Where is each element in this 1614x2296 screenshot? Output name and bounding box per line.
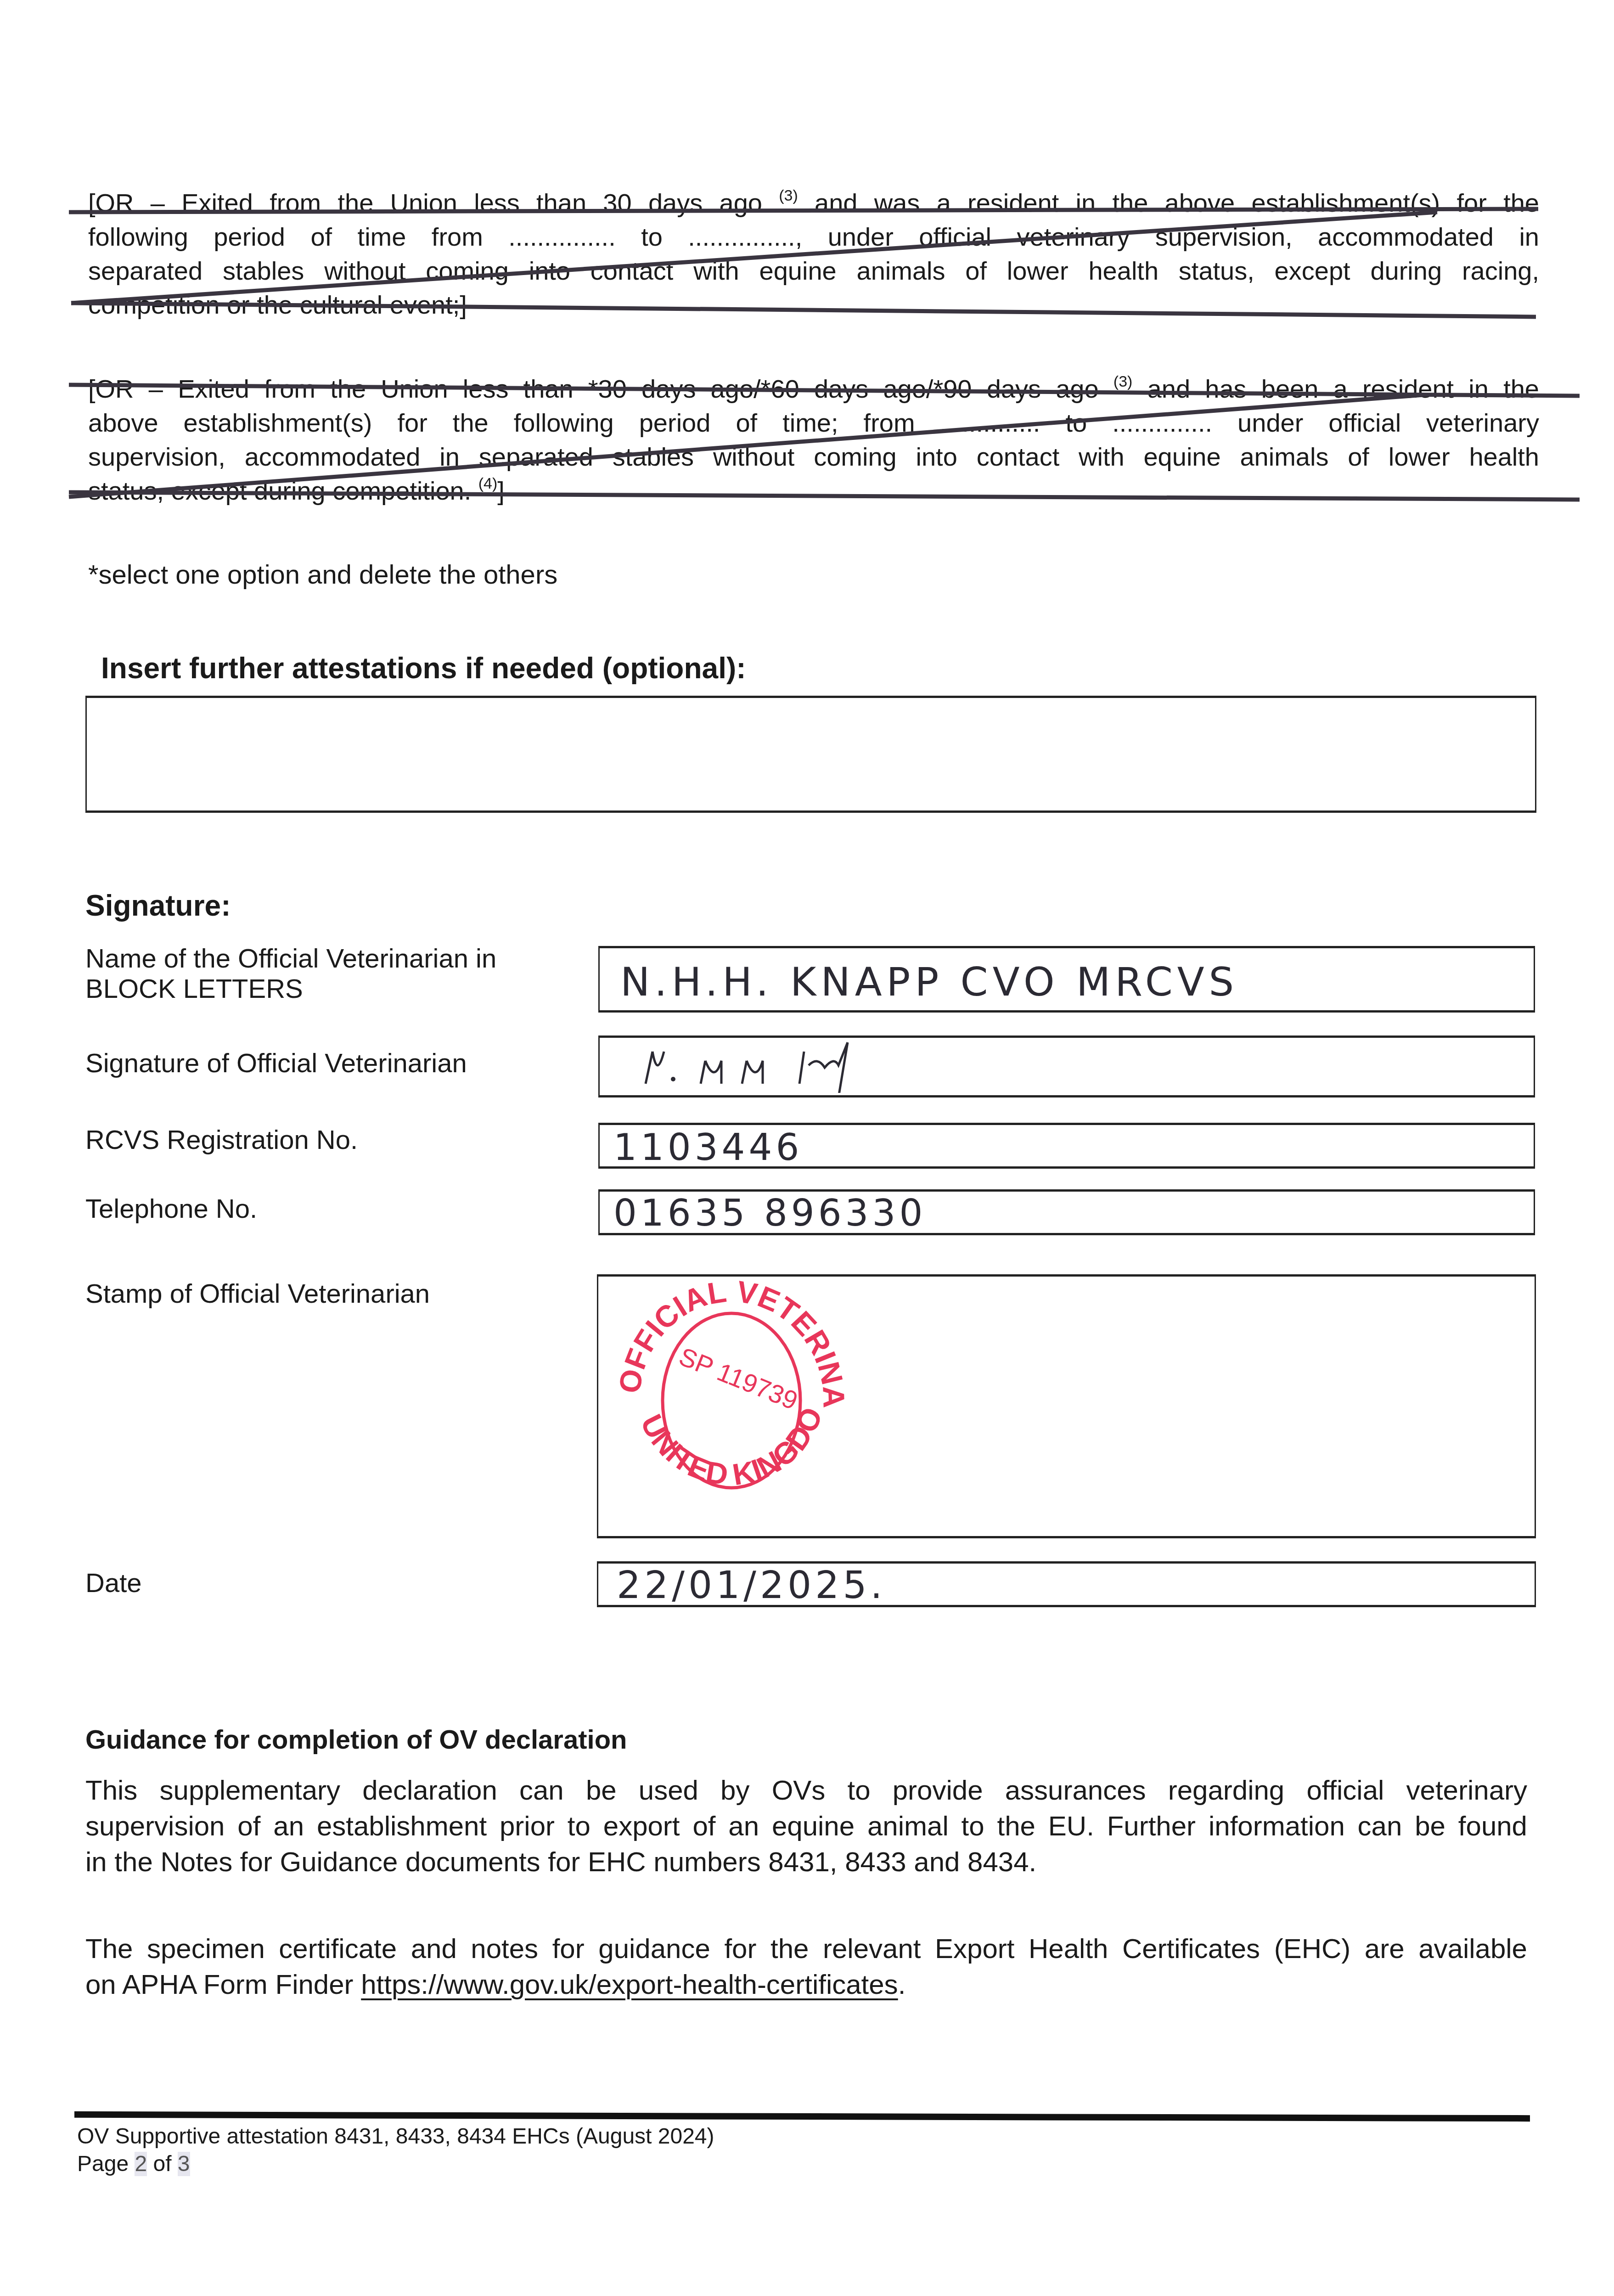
telephone-field[interactable]: 01635 896330 [598,1189,1535,1235]
option-b-struck-paragraph: [OR – Exited from the Union less than *3… [88,372,1539,508]
option-a-line-1: [OR – Exited from the Union less than 30… [88,186,1539,220]
handwritten-signature [636,1024,958,1093]
name-field[interactable]: N.H.H. KNAPP CVO MRCVS [598,946,1535,1013]
option-a-line-2: following period of time from ..........… [88,220,1539,254]
footer-divider [74,2111,1530,2122]
stamp-center-text: SP 119739 [675,1342,802,1415]
signature-field[interactable]: N. H H Knapp [598,1035,1535,1097]
export-health-certificates-link[interactable]: https://www.gov.uk/export-health-certifi… [361,1969,898,2000]
option-b-line-2: above establishment(s) for the following… [88,406,1539,440]
rcvs-value: 1103446 [613,1126,803,1169]
further-attestations-heading: Insert further attestations if needed (o… [101,651,746,685]
stamp-label: Stamp of Official Veterinarian [85,1279,430,1309]
telephone-value: 01635 896330 [613,1192,926,1234]
date-value: 22/01/2025. [617,1564,886,1607]
footer-page-number: Page 2 of 3 [77,2151,190,2177]
guidance-heading: Guidance for completion of OV declaratio… [85,1724,627,1755]
signature-heading: Signature: [85,889,231,923]
guidance-paragraph-2: The specimen certificate and notes for g… [85,1931,1527,2003]
name-label: Name of the Official Veterinarian in BLO… [85,944,496,1004]
option-a-line-4: competition or the cultural event;] [88,288,1539,322]
signature-label: Signature of Official Veterinarian [85,1048,467,1079]
date-field[interactable]: 22/01/2025. [597,1561,1536,1607]
official-veterinarian-stamp: OFFICIAL VETERINARIAN UNITED KINGDOM SP … [607,1263,865,1520]
stamp-field: OFFICIAL VETERINARIAN UNITED KINGDOM SP … [597,1274,1536,1538]
select-option-note: *select one option and delete the others [88,559,557,590]
option-b-line-4: status, except during competition. (4)] [88,474,1539,508]
option-a-line-3: separated stables without coming into co… [88,254,1539,288]
option-b-line-3: supervision, accommodated in separated s… [88,440,1539,474]
name-value: N.H.H. KNAPP CVO MRCVS [620,959,1238,1005]
option-b-line-1: [OR – Exited from the Union less than *3… [88,372,1539,406]
rcvs-label: RCVS Registration No. [85,1125,358,1155]
footer-title: OV Supportive attestation 8431, 8433, 84… [77,2124,714,2149]
guidance-paragraph-1: This supplementary declaration can be us… [85,1773,1527,1880]
option-a-struck-paragraph: [OR – Exited from the Union less than 30… [88,186,1539,322]
further-attestations-textbox[interactable] [85,696,1536,813]
date-label: Date [85,1568,142,1598]
rcvs-field[interactable]: 1103446 [598,1123,1535,1169]
telephone-label: Telephone No. [85,1194,257,1224]
